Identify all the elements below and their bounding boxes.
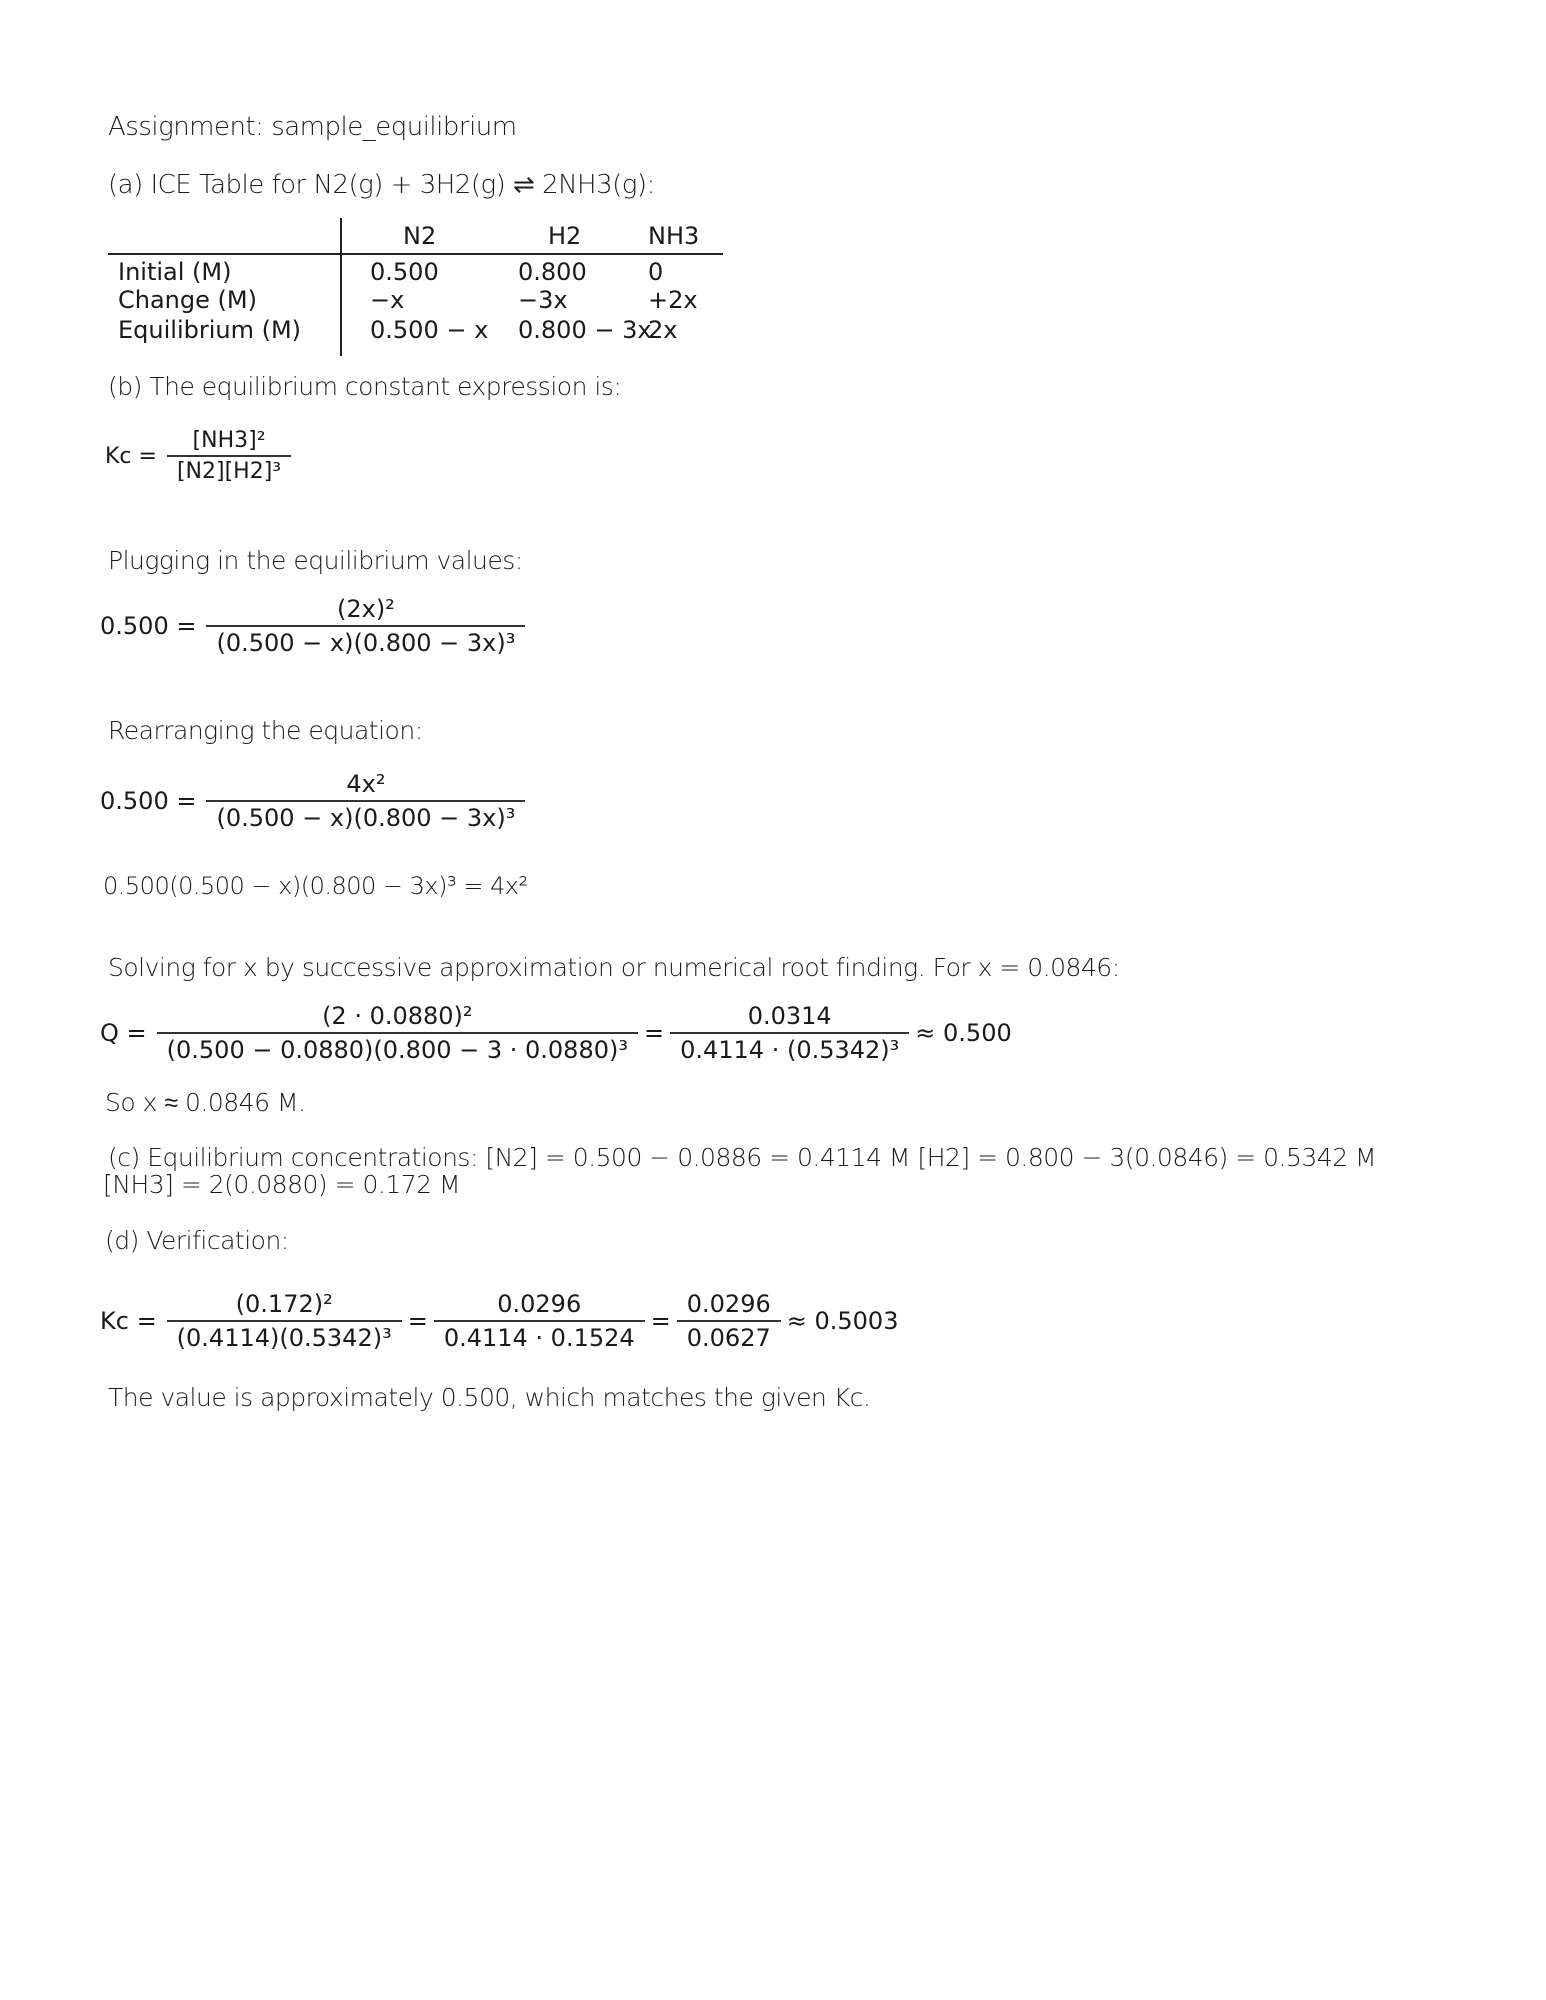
x-result: So x ≈ 0.0846 M. — [105, 1088, 305, 1118]
kcv-denominator-3: 0.0627 — [677, 1320, 781, 1352]
table-cell: 0.800 — [518, 258, 587, 286]
q-numerator-1: (2 · 0.0880)² — [312, 1002, 482, 1032]
row-label-change: Change (M) — [118, 286, 257, 314]
table-cell: 0.500 − x — [370, 316, 488, 344]
kcv-fraction-3: 0.0296 0.0627 — [677, 1290, 781, 1352]
q-lhs: Q = — [100, 1019, 147, 1047]
kcv-denominator-1: (0.4114)(0.5342)³ — [167, 1320, 402, 1352]
q-fraction-2: 0.0314 0.4114 · (0.5342)³ — [670, 1002, 909, 1064]
kcv-numerator-2: 0.0296 — [487, 1290, 591, 1320]
solving-label: Solving for x by successive approximatio… — [108, 953, 1120, 982]
kcv-fraction-1: (0.172)² (0.4114)(0.5342)³ — [167, 1290, 402, 1352]
q-approx: ≈ 0.500 — [915, 1019, 1011, 1047]
q-numerator-2: 0.0314 — [738, 1002, 842, 1032]
q-denominator-1: (0.500 − 0.0880)(0.800 − 3 · 0.0880)³ — [157, 1032, 638, 1064]
conclusion: The value is approximately 0.500, which … — [108, 1383, 870, 1412]
column-header-h2: H2 — [548, 222, 581, 250]
row-label-equilibrium: Equilibrium (M) — [118, 316, 301, 344]
part-b-heading: (b) The equilibrium constant expression … — [108, 372, 621, 401]
table-cell: 0.500 — [370, 258, 439, 286]
table-cell: −3x — [518, 286, 568, 314]
kcv-denominator-2: 0.4114 · 0.1524 — [434, 1320, 645, 1352]
rearr-lhs: 0.500 = — [100, 787, 196, 815]
table-vertical-divider — [340, 218, 342, 356]
kcv-equals-2: = — [651, 1307, 671, 1335]
table-header-divider — [108, 253, 723, 255]
kc-numerator: [NH3]² — [183, 428, 276, 455]
kcv-fraction-2: 0.0296 0.4114 · 0.1524 — [434, 1290, 645, 1352]
kc-lhs: Kc = — [105, 444, 157, 469]
rearr-denominator: (0.500 − x)(0.800 − 3x)³ — [206, 800, 525, 832]
column-header-nh3: NH3 — [648, 222, 699, 250]
kcv-approx: ≈ 0.5003 — [787, 1307, 899, 1335]
ice-table: N2 H2 NH3 Initial (M) 0.500 0.800 0 Chan… — [108, 218, 728, 358]
kcv-numerator-1: (0.172)² — [226, 1290, 343, 1320]
plug-denominator: (0.500 − x)(0.800 − 3x)³ — [206, 625, 525, 657]
q-equals: = — [644, 1019, 664, 1047]
rearr-fraction: 4x² (0.500 − x)(0.800 − 3x)³ — [206, 770, 525, 832]
assignment-title: Assignment: sample_equilibrium — [108, 112, 517, 142]
kc-denominator: [N2][H2]³ — [167, 455, 291, 484]
plugging-label: Plugging in the equilibrium values: — [108, 546, 523, 575]
kcv-equals-1: = — [408, 1307, 428, 1335]
part-d-heading: (d) Verification: — [105, 1226, 289, 1255]
q-equation: Q = (2 · 0.0880)² (0.500 − 0.0880)(0.800… — [100, 1002, 1012, 1064]
plug-fraction: (2x)² (0.500 − x)(0.800 − 3x)³ — [206, 595, 525, 657]
part-c-line-2: [NH3] = 2(0.0880) = 0.172 M — [103, 1170, 460, 1199]
column-header-n2: N2 — [403, 222, 436, 250]
row-label-initial: Initial (M) — [118, 258, 231, 286]
kc-verification: Kc = (0.172)² (0.4114)(0.5342)³ = 0.0296… — [100, 1290, 898, 1352]
kcv-lhs: Kc = — [100, 1307, 157, 1335]
part-a-heading: (a) ICE Table for N2(g) + 3H2(g) ⇌ 2NH3(… — [108, 170, 655, 200]
rearranged-equation: 0.500 = 4x² (0.500 − x)(0.800 − 3x)³ — [100, 770, 531, 832]
rearranged-equation-2: 0.500(0.500 − x)(0.800 − 3x)³ = 4x² — [103, 872, 528, 900]
plug-equation: 0.500 = (2x)² (0.500 − x)(0.800 − 3x)³ — [100, 595, 531, 657]
q-fraction-1: (2 · 0.0880)² (0.500 − 0.0880)(0.800 − 3… — [157, 1002, 638, 1064]
table-cell: 2x — [648, 316, 677, 344]
rearranging-label: Rearranging the equation: — [108, 716, 423, 745]
kc-fraction: [NH3]² [N2][H2]³ — [167, 428, 291, 484]
plug-lhs: 0.500 = — [100, 612, 196, 640]
table-cell: 0.800 − 3x — [518, 316, 652, 344]
kc-expression: Kc = [NH3]² [N2][H2]³ — [105, 428, 297, 484]
table-cell: 0 — [648, 258, 663, 286]
plug-numerator: (2x)² — [327, 595, 405, 625]
q-denominator-2: 0.4114 · (0.5342)³ — [670, 1032, 909, 1064]
rearr-numerator: 4x² — [336, 770, 395, 800]
part-c-line-1: (c) Equilibrium concentrations: [N2] = 0… — [108, 1143, 1376, 1172]
kcv-numerator-3: 0.0296 — [677, 1290, 781, 1320]
table-cell: +2x — [648, 286, 698, 314]
table-cell: −x — [370, 286, 404, 314]
